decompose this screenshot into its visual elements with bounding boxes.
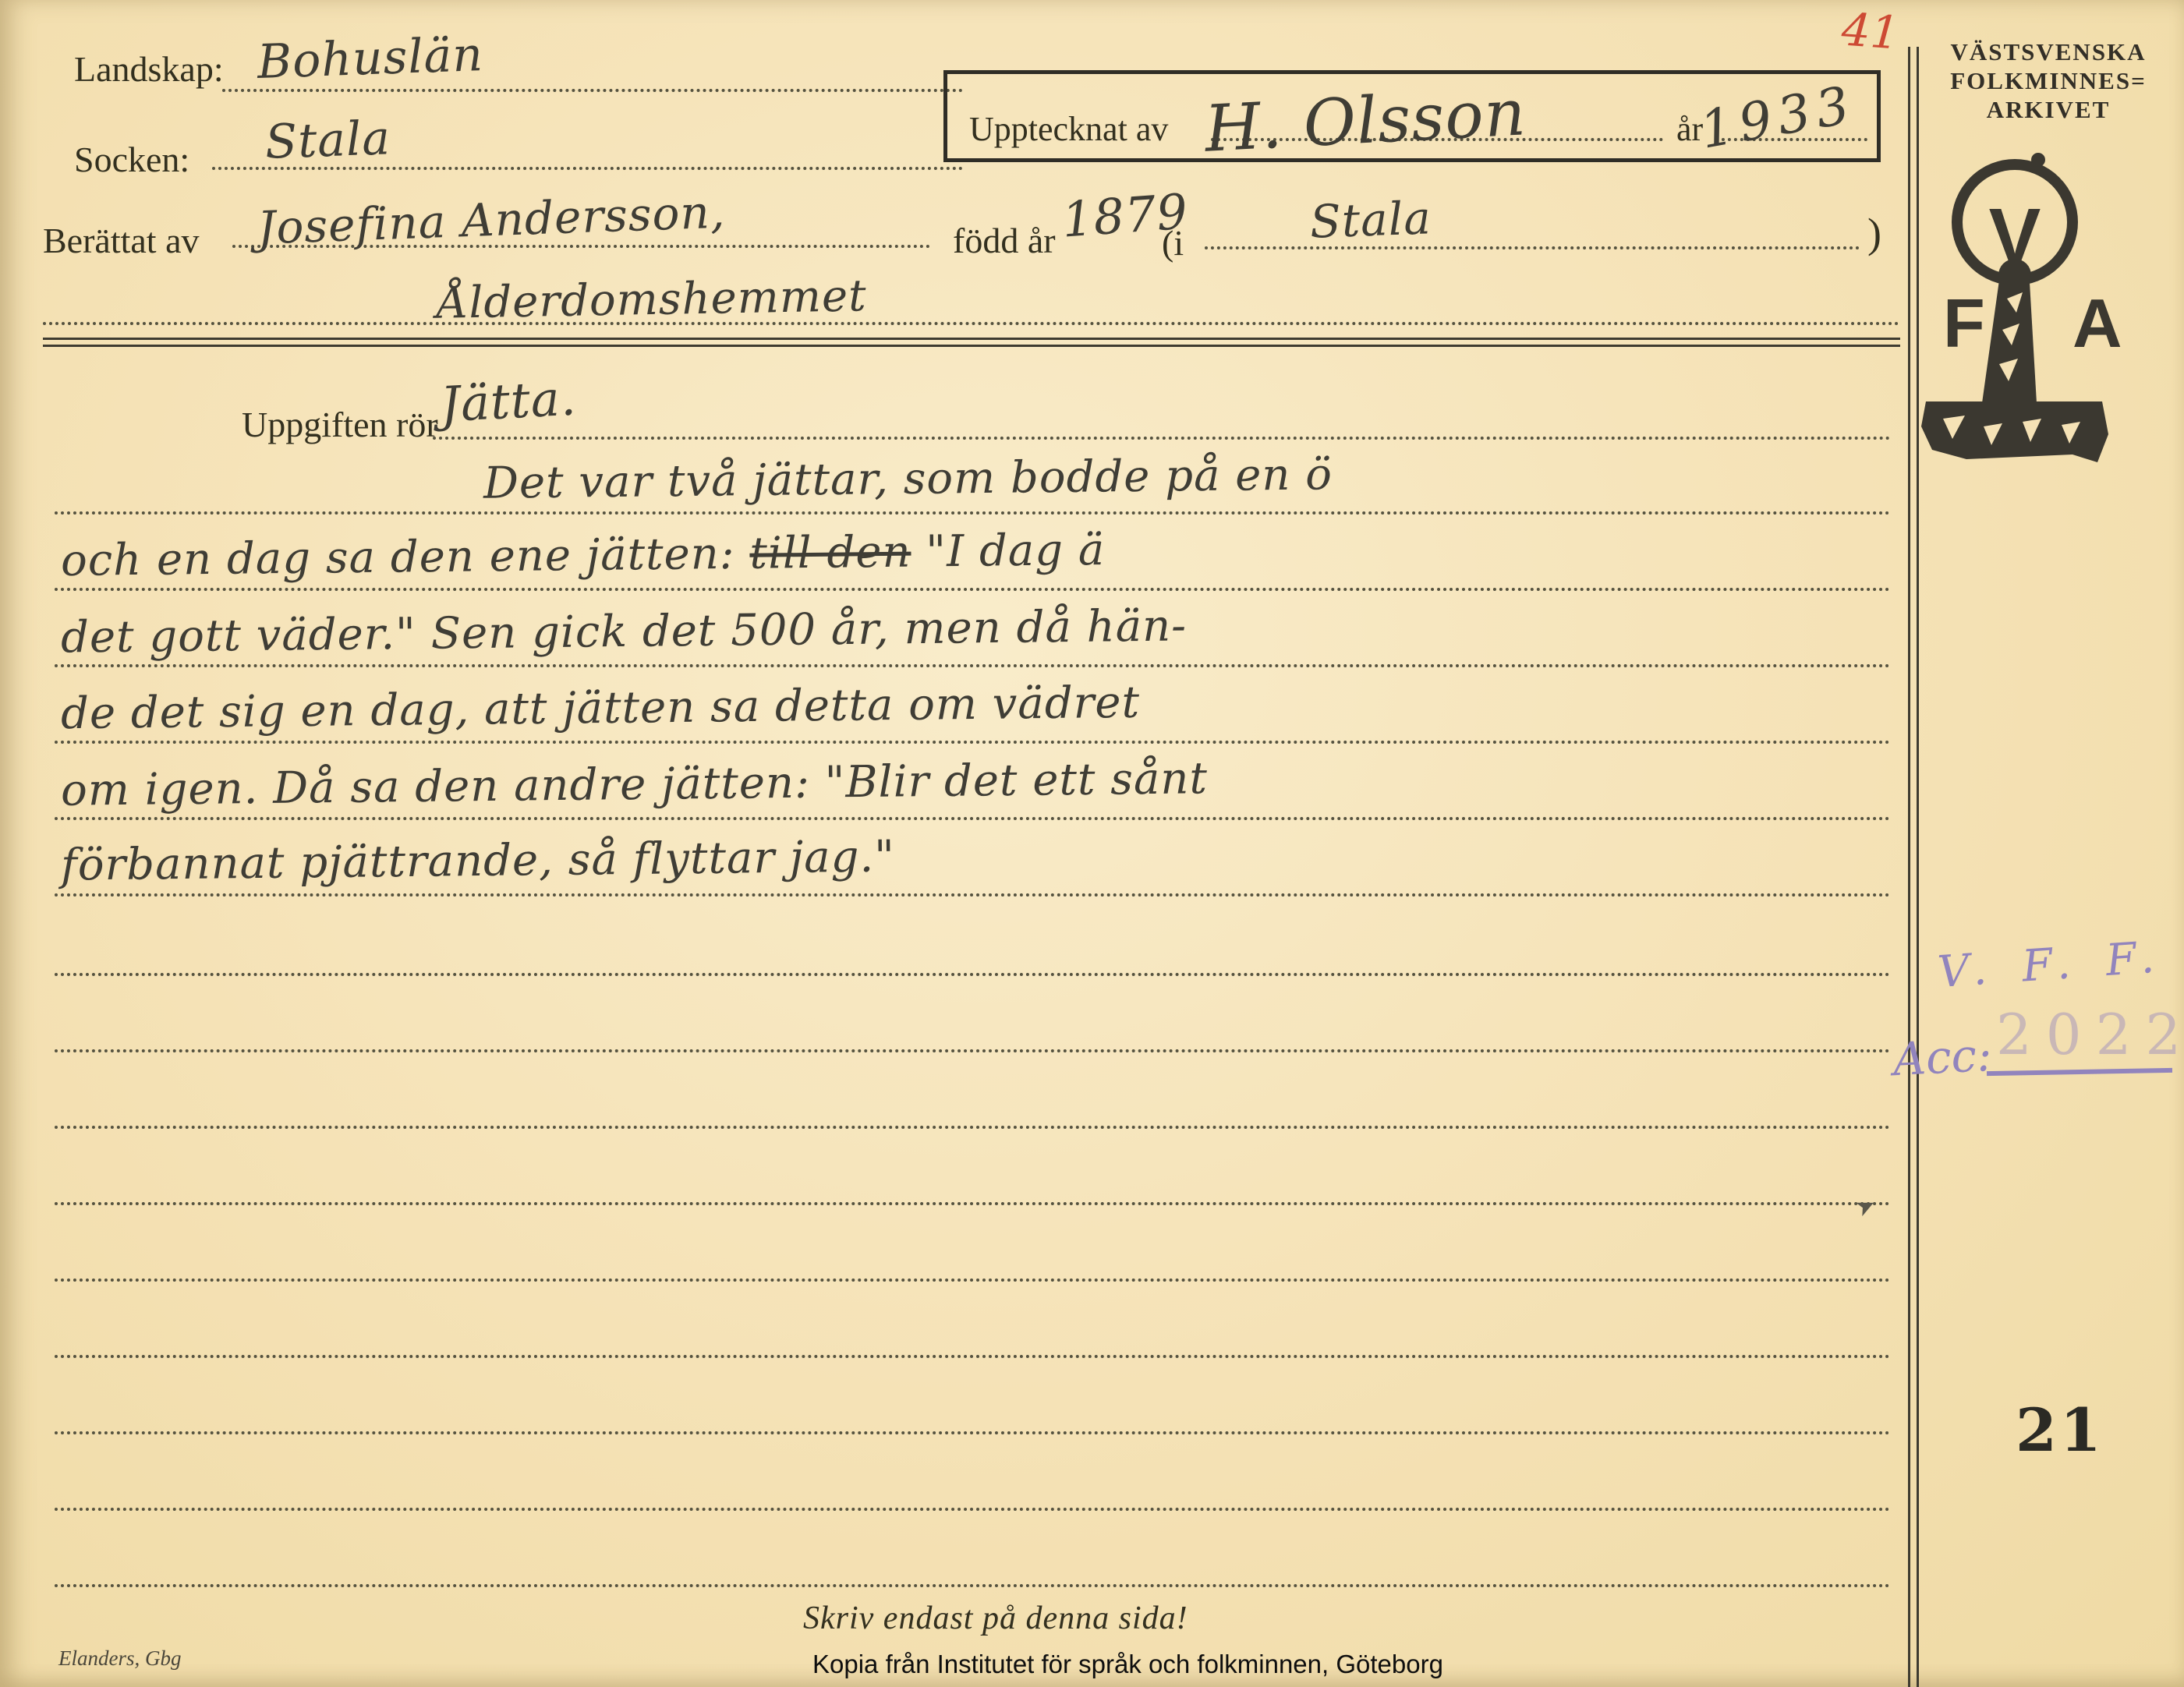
margin-vertical-line-inner	[1917, 47, 1919, 1687]
story-line-4: de det sig en dag, att jätten sa detta o…	[61, 677, 1141, 739]
fodd-label: född år	[953, 220, 1056, 261]
ruled-line	[55, 1431, 1891, 1434]
uppgiften-dotted-line	[433, 437, 1891, 440]
ruled-line	[55, 588, 1891, 591]
ruled-line	[55, 1584, 1891, 1587]
header-bottom-dotted-line	[43, 322, 1900, 325]
ruled-line	[55, 1355, 1891, 1358]
thor-hammer-logo-icon: V F A	[1920, 144, 2177, 479]
logo-letter-f: F	[1943, 285, 1985, 362]
pen-arrow-mark: ➤	[1851, 1190, 1881, 1222]
story-line-2-struck: till den	[749, 527, 911, 579]
paren-open: (i	[1162, 222, 1184, 263]
archive-card: Landskap: Bohuslän Socken: Stala Berätta…	[0, 0, 2184, 1687]
logo-letter-a: A	[2072, 285, 2122, 362]
berattat-label: Berättat av	[43, 220, 200, 261]
fodd-place-dotted-line	[1205, 246, 1860, 249]
archive-name-line1: VÄSTSVENSKA	[1920, 37, 2177, 66]
ruled-line	[55, 1126, 1891, 1129]
paren-close: )	[1867, 209, 1881, 257]
ruled-line	[55, 1508, 1891, 1511]
story-line-2-post: "I dag ä	[911, 525, 1105, 578]
story-line-3: det gott väder." Sen gick det 500 år, me…	[61, 600, 1188, 663]
header-double-rule-bottom	[43, 345, 1900, 347]
upptecknat-value: H. Olsson	[1203, 76, 1528, 166]
red-number: 41	[1840, 3, 1901, 60]
printer-imprint: Elanders, Gbg	[58, 1646, 182, 1671]
header-double-rule-top	[43, 338, 1900, 340]
ruled-line	[55, 973, 1891, 976]
ruled-line	[55, 1049, 1891, 1052]
landskap-label: Landskap:	[74, 48, 224, 90]
ruled-line	[55, 817, 1891, 820]
socken-label: Socken:	[74, 139, 189, 180]
page-number: 21	[2016, 1395, 2104, 1465]
ruled-line	[55, 1279, 1891, 1282]
acc-label: Acc:	[1892, 1028, 1993, 1087]
archive-name-line2: FOLKMINNES=	[1920, 66, 2177, 95]
ruled-line	[55, 893, 1891, 897]
acc-underline	[1987, 1068, 2172, 1076]
vff-stamp: V. F. F.	[1936, 932, 2167, 998]
uppgiften-label: Uppgiften rör	[242, 404, 438, 445]
story-line-2: och en dag sa den ene jätten: till den "…	[61, 525, 1106, 586]
ruled-line	[55, 664, 1891, 667]
story-line-1: Det var två jättar, som bodde på en ö	[483, 449, 1333, 508]
footer-instruction: Skriv endast på denna sida!	[803, 1600, 1188, 1637]
fodd-place-value: Stala	[1309, 191, 1432, 248]
ruled-line	[55, 511, 1891, 515]
ruled-line	[55, 1202, 1891, 1205]
margin-vertical-line-outer	[1908, 47, 1910, 1687]
upptecknat-label: Upptecknat av	[969, 109, 1168, 149]
uppgiften-value: Jätta.	[439, 369, 578, 433]
story-line-2-pre: och en dag sa den ene jätten:	[61, 529, 750, 586]
ar-value: 1933	[1696, 74, 1860, 161]
archive-name: VÄSTSVENSKA FOLKMINNES= ARKIVET	[1920, 37, 2177, 124]
berattat-value-line2: Ålderdomshemmet	[436, 271, 867, 329]
upptecknat-box: Upptecknat av år H. Olsson 1933	[943, 70, 1881, 162]
copy-note: Kopia från Institutet för språk och folk…	[812, 1650, 1443, 1679]
story-line-6: förbannat pjättrande, så flyttar jag."	[61, 831, 896, 890]
archive-name-line3: ARKIVET	[1920, 95, 2177, 124]
acc-number: 2022	[1996, 1002, 2184, 1067]
landskap-dotted-line	[222, 89, 963, 92]
landskap-value: Bohuslän	[257, 27, 484, 90]
socken-value: Stala	[264, 111, 391, 170]
ruled-line	[55, 741, 1891, 744]
story-line-5: om igen. Då sa den andre jätten: "Blir d…	[61, 753, 1209, 815]
